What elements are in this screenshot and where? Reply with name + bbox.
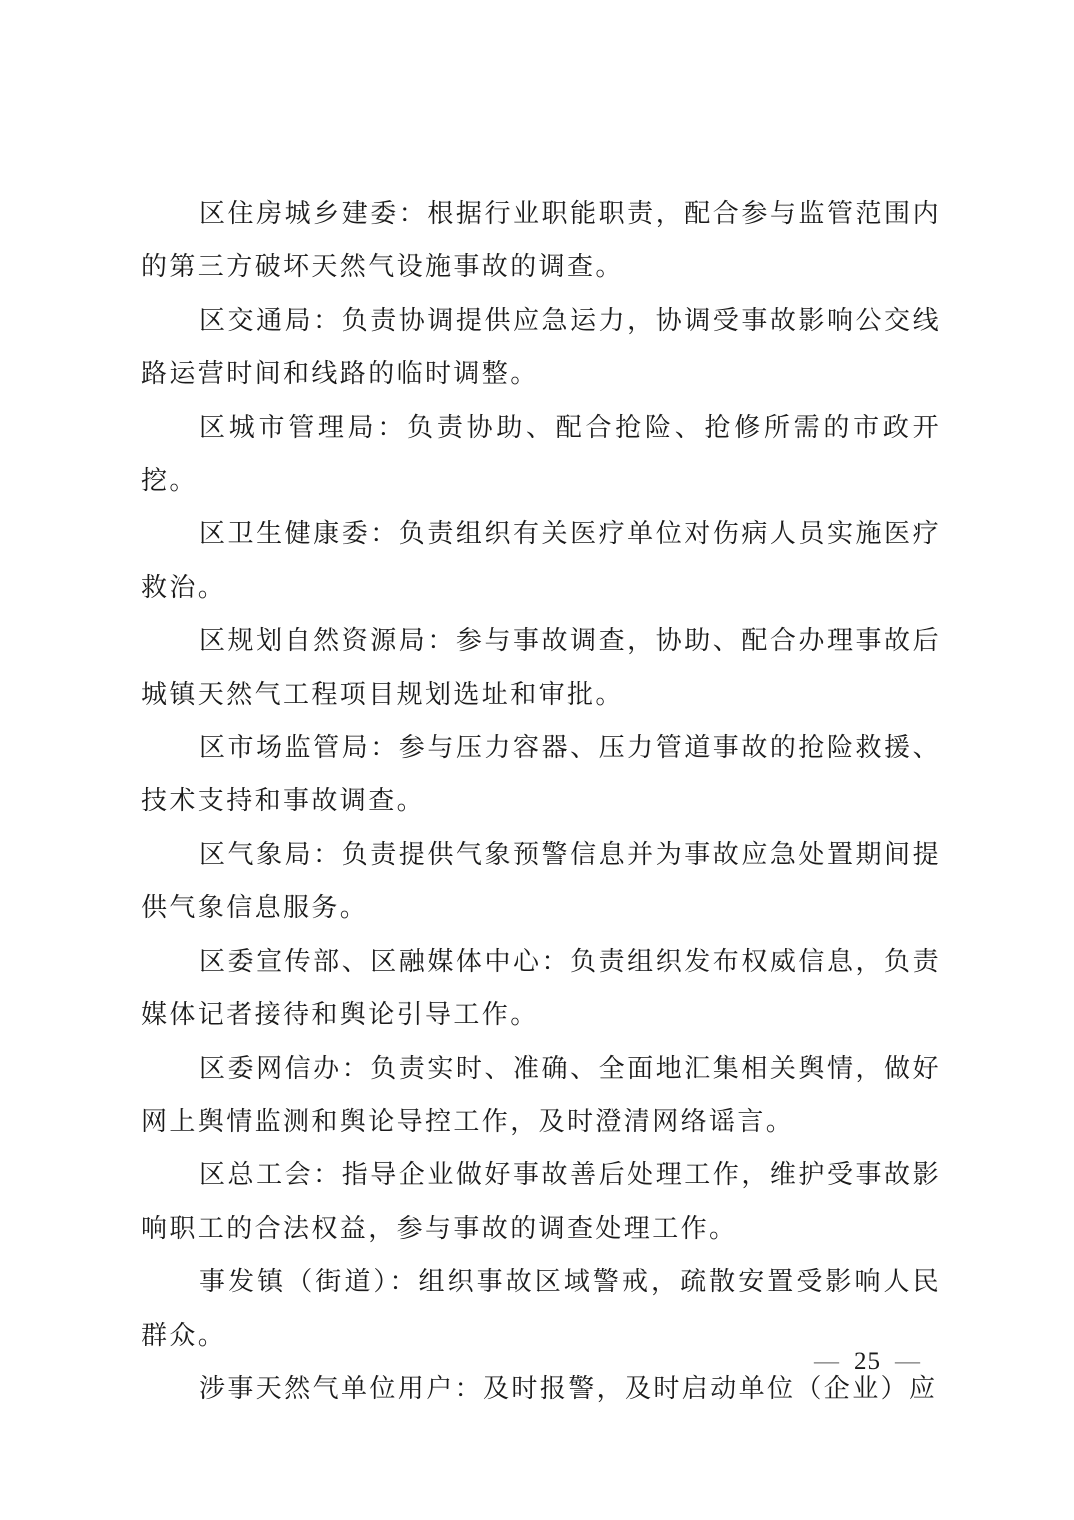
paragraph-housing-commission: 区住房城乡建委：根据行业职能职责，配合参与监管范围内的第三方破坏天然气设施事故的… [141, 188, 941, 295]
page-number: —25— [800, 1348, 935, 1376]
document-body: 区住房城乡建委：根据行业职能职责，配合参与监管范围内的第三方破坏天然气设施事故的… [141, 188, 941, 1416]
page-number-value: 25 [854, 1348, 881, 1375]
paragraph-meteorological-bureau: 区气象局：负责提供气象预警信息并为事故应急处置期间提供气象信息服务。 [141, 829, 941, 936]
document-page: 区住房城乡建委：根据行业职能职责，配合参与监管范围内的第三方破坏天然气设施事故的… [0, 0, 1074, 1520]
paragraph-planning-resources: 区规划自然资源局：参与事故调查，协助、配合办理事故后城镇天然气工程项目规划选址和… [141, 615, 941, 722]
paragraph-city-management: 区城市管理局：负责协助、配合抢险、抢修所需的市政开挖。 [141, 402, 941, 509]
paragraph-market-supervision: 区市场监管局：参与压力容器、压力管道事故的抢险救援、技术支持和事故调查。 [141, 722, 941, 829]
paragraph-cyberspace-office: 区委网信办：负责实时、准确、全面地汇集相关舆情，做好网上舆情监测和舆论导控工作，… [141, 1043, 941, 1150]
page-dash-right: — [881, 1348, 935, 1375]
paragraph-incident-town: 事发镇（街道）：组织事故区域警戒，疏散安置受影响人民群众。 [141, 1256, 941, 1363]
paragraph-health-commission: 区卫生健康委：负责组织有关医疗单位对伤病人员实施医疗救治。 [141, 508, 941, 615]
paragraph-trade-union: 区总工会：指导企业做好事故善后处理工作，维护受事故影响职工的合法权益，参与事故的… [141, 1149, 941, 1256]
paragraph-publicity-media: 区委宣传部、区融媒体中心：负责组织发布权威信息，负责媒体记者接待和舆论引导工作。 [141, 936, 941, 1043]
page-dash-left: — [800, 1348, 854, 1375]
paragraph-transport-bureau: 区交通局：负责协调提供应急运力，协调受事故影响公交线路运营时间和线路的临时调整。 [141, 295, 941, 402]
